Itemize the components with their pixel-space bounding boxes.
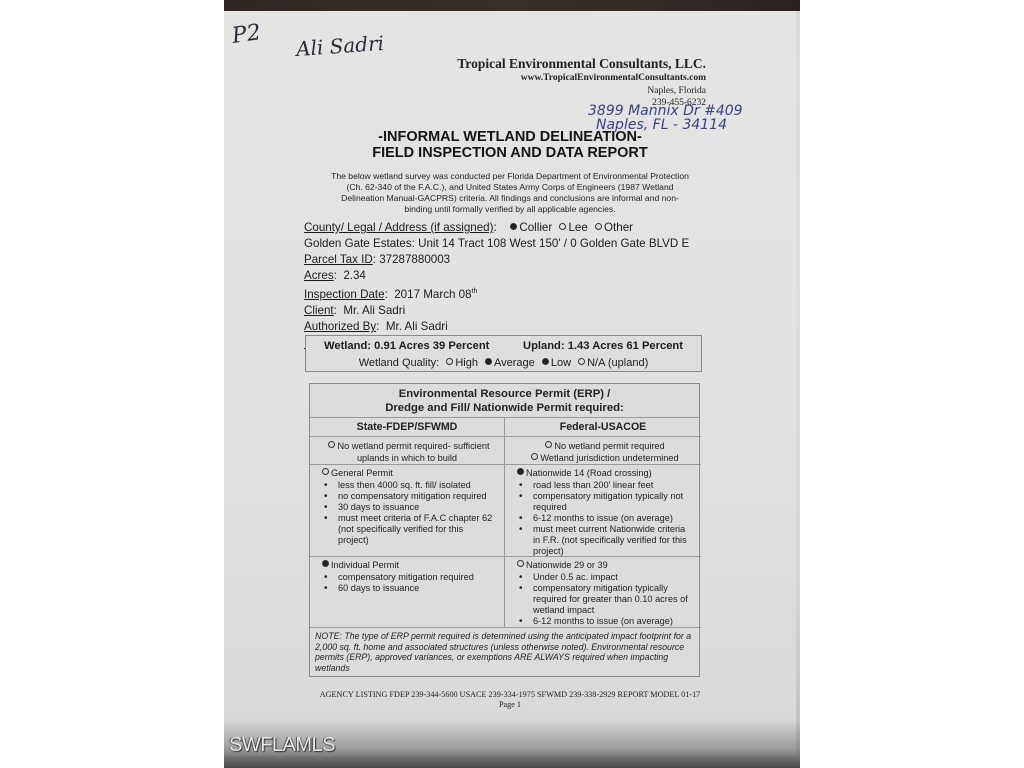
table-edge bbox=[224, 0, 800, 11]
general-permit-cell: General Permit less then 4000 sq. ft. fi… bbox=[310, 465, 505, 557]
radio-empty-icon bbox=[446, 358, 453, 365]
list-item: no compensatory mitigation required bbox=[318, 491, 496, 502]
radio-filled-icon bbox=[542, 358, 549, 365]
radio-empty-icon bbox=[545, 441, 552, 448]
quality-option: Low bbox=[551, 357, 571, 369]
acreage-summary-box: Wetland: 0.91 Acres 39 Percent Upland: 1… bbox=[305, 335, 702, 372]
list-item: road less than 200' linear feet bbox=[513, 480, 693, 491]
list-item: 30 days to issuance bbox=[318, 502, 496, 513]
page-footer: AGENCY LISTING FDEP 239-344-5600 USACE 2… bbox=[300, 690, 720, 710]
list-item: 6-12 months to issue (on average) bbox=[513, 513, 693, 524]
acres-value: 2.34 bbox=[343, 269, 366, 282]
col-state-header: State-FDEP/SFWMD bbox=[310, 418, 505, 437]
list-item: 60 days to issuance bbox=[318, 583, 496, 594]
radio-empty-icon bbox=[578, 358, 585, 365]
legal-description: Golden Gate Estates: Unit 14 Tract 108 W… bbox=[304, 236, 689, 252]
nationwide29-bullets: Under 0.5 ac. impact compensatory mitiga… bbox=[513, 572, 693, 627]
list-item: compensatory mitigation required bbox=[318, 572, 496, 583]
nationwide14-cell: Nationwide 14 (Road crossing) road less … bbox=[505, 465, 701, 557]
general-permit-label: General Permit bbox=[331, 468, 393, 478]
date-suffix: th bbox=[472, 288, 478, 295]
upland-acreage: Upland: 1.43 Acres 61 Percent bbox=[523, 340, 683, 352]
date-value: 2017 March 08 bbox=[394, 288, 471, 301]
agency-listing: AGENCY LISTING FDEP 239-344-5600 USACE 2… bbox=[300, 690, 720, 700]
county-row: County/ Legal / Address (if assigned): C… bbox=[304, 220, 689, 236]
individual-permit-cell: Individual Permit compensatory mitigatio… bbox=[310, 557, 505, 628]
page-number: Page 1 bbox=[300, 700, 720, 710]
nationwide29-label: Nationwide 29 or 39 bbox=[526, 560, 608, 570]
list-item: compensatory mitigation typically not re… bbox=[513, 491, 693, 513]
list-item: 6-12 months to issue (on average) bbox=[513, 616, 693, 627]
col-federal-header: Federal-USACOE bbox=[505, 418, 701, 437]
parcel-row: Parcel Tax ID: 37287880003 bbox=[304, 252, 689, 268]
federal-undetermined-label: Wetland jurisdiction undetermined bbox=[540, 453, 678, 463]
quality-option: N/A (upland) bbox=[587, 357, 648, 369]
mls-watermark: SWFLAMLS bbox=[229, 734, 335, 757]
report-title-line2: FIELD INSPECTION AND DATA REPORT bbox=[300, 145, 720, 161]
county-option: Collier bbox=[519, 221, 552, 234]
handwritten-tag: P2 bbox=[230, 20, 262, 49]
company-website: www.TropicalEnvironmentalConsultants.com bbox=[457, 72, 706, 85]
erp-header-line1: Environmental Resource Permit (ERP) / bbox=[310, 387, 699, 401]
client-label: Client bbox=[304, 304, 334, 317]
client-value: Mr. Ali Sadri bbox=[343, 304, 405, 317]
list-item: must meet criteria of F.A.C chapter 62 (… bbox=[318, 513, 496, 546]
radio-empty-icon bbox=[517, 560, 524, 567]
acres-label: Acres bbox=[304, 269, 334, 282]
wetland-quality-row: Wetland Quality: High Average Low N/A (u… bbox=[306, 357, 701, 369]
wetland-acreage: Wetland: 0.91 Acres 39 Percent bbox=[324, 340, 489, 352]
parcel-value: 37287880003 bbox=[379, 253, 450, 266]
erp-permit-table: Environmental Resource Permit (ERP) / Dr… bbox=[309, 383, 700, 677]
erp-header: Environmental Resource Permit (ERP) / Dr… bbox=[310, 384, 699, 418]
list-item: less then 4000 sq. ft. fill/ isolated bbox=[318, 480, 496, 491]
radio-filled-icon bbox=[485, 358, 492, 365]
erp-header-line2: Dredge and Fill/ Nationwide Permit requi… bbox=[310, 401, 699, 415]
radio-filled-icon bbox=[322, 560, 329, 567]
authorized-value: Mr. Ali Sadri bbox=[386, 320, 448, 333]
company-phone: 239-455-6232 bbox=[457, 97, 706, 110]
radio-empty-icon bbox=[595, 223, 602, 230]
date-row: Inspection Date: 2017 March 08th bbox=[304, 284, 689, 303]
federal-no-permit-label: No wetland permit required bbox=[554, 441, 664, 451]
list-item: must meet current Nationwide criteria in… bbox=[513, 524, 693, 557]
intro-paragraph: The below wetland survey was conducted p… bbox=[330, 171, 690, 215]
authorized-label: Authorized By bbox=[304, 320, 376, 333]
quality-label: Wetland Quality: bbox=[359, 357, 440, 369]
radio-empty-icon bbox=[322, 468, 329, 475]
radio-empty-icon bbox=[559, 223, 566, 230]
client-row: Client: Mr. Ali Sadri bbox=[304, 303, 689, 319]
county-option: Lee bbox=[568, 221, 587, 234]
individual-permit-bullets: compensatory mitigation required 60 days… bbox=[318, 572, 496, 594]
nationwide14-label: Nationwide 14 (Road crossing) bbox=[526, 468, 652, 478]
radio-empty-icon bbox=[328, 441, 335, 448]
general-permit-bullets: less then 4000 sq. ft. fill/ isolated no… bbox=[318, 480, 496, 546]
property-info: County/ Legal / Address (if assigned): C… bbox=[304, 220, 689, 352]
state-no-permit-cell: No wetland permit required- sufficient u… bbox=[310, 437, 505, 465]
individual-permit-label: Individual Permit bbox=[331, 560, 399, 570]
radio-filled-icon bbox=[510, 223, 517, 230]
authorized-row: Authorized By: Mr. Ali Sadri bbox=[304, 319, 689, 335]
company-block: Tropical Environmental Consultants, LLC.… bbox=[457, 56, 706, 110]
radio-filled-icon bbox=[517, 468, 524, 475]
radio-empty-icon bbox=[531, 453, 538, 460]
company-city: Naples, Florida bbox=[457, 85, 706, 98]
quality-option: High bbox=[455, 357, 478, 369]
nationwide29-cell: Nationwide 29 or 39 Under 0.5 ac. impact… bbox=[505, 557, 701, 628]
report-title-line1: -INFORMAL WETLAND DELINEATION- bbox=[300, 129, 720, 145]
county-option: Other bbox=[604, 221, 633, 234]
erp-note: NOTE: The type of ERP permit required is… bbox=[310, 628, 699, 676]
company-name: Tropical Environmental Consultants, LLC. bbox=[457, 56, 706, 72]
acres-row: Acres: 2.34 bbox=[304, 268, 689, 284]
list-item: compensatory mitigation typically requir… bbox=[513, 583, 693, 616]
list-item: Under 0.5 ac. impact bbox=[513, 572, 693, 583]
quality-option: Average bbox=[494, 357, 535, 369]
nationwide14-bullets: road less than 200' linear feet compensa… bbox=[513, 480, 693, 557]
date-label: Inspection Date bbox=[304, 288, 385, 301]
state-no-permit-label: No wetland permit required- sufficient u… bbox=[337, 441, 489, 463]
county-label: County/ Legal / Address (if assigned) bbox=[304, 221, 493, 234]
parcel-label: Parcel Tax ID bbox=[304, 253, 373, 266]
federal-no-permit-cell: No wetland permit required Wetland juris… bbox=[505, 437, 701, 465]
